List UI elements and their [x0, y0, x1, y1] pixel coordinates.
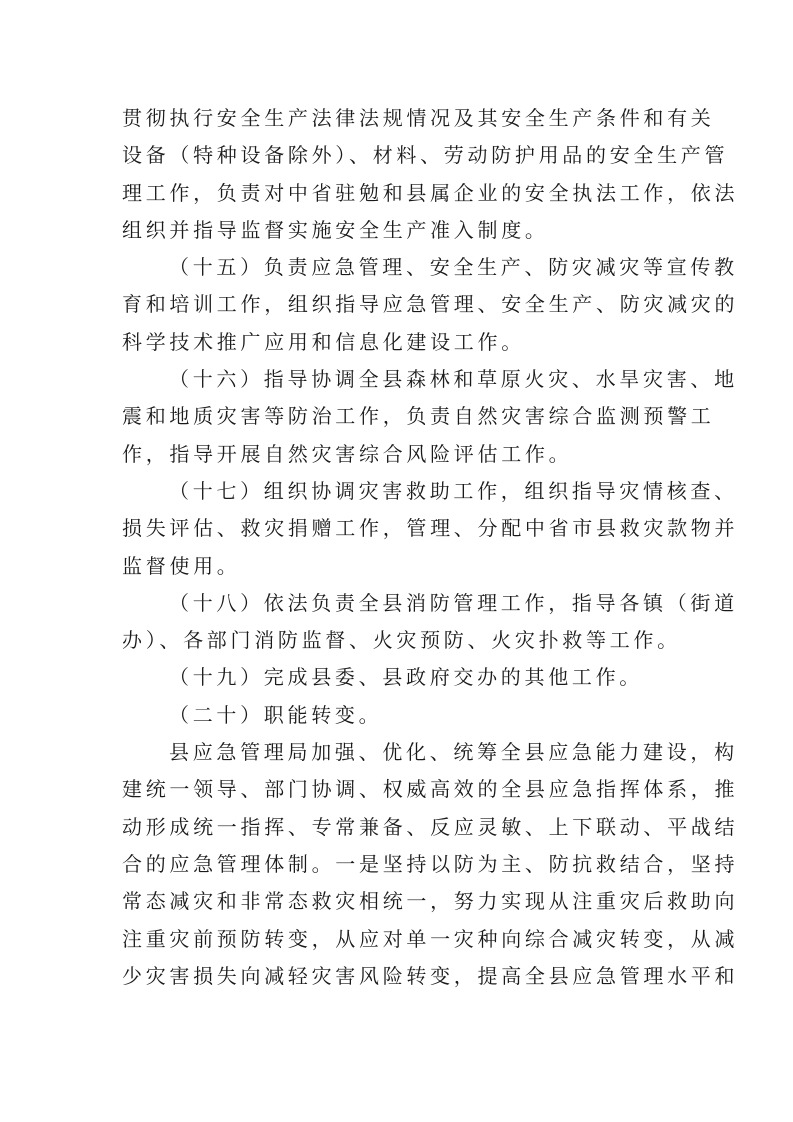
paragraph-item-18: （十八）依法负责全县消防管理工作，指导各镇（街道: [122, 585, 674, 622]
text-line: 理工作，负责对中省驻勉和县属企业的安全执法工作，依法: [122, 175, 674, 212]
text-line: 损失评估、救灾捐赠工作，管理、分配中省市县救灾款物并: [122, 510, 674, 547]
text-line: 作，指导开展自然灾害综合风险评估工作。: [122, 436, 674, 473]
paragraph-item-20: （二十）职能转变。: [122, 697, 674, 734]
text-line: 育和培训工作，组织指导应急管理、安全生产、防灾减灾的: [122, 286, 674, 323]
paragraph-item-16: （十六）指导协调全县森林和草原火灾、水旱灾害、地: [122, 361, 674, 398]
text-line: 监督使用。: [122, 548, 674, 585]
text-line: 震和地质灾害等防治工作，负责自然灾害综合监测预警工: [122, 398, 674, 435]
text-line: 合的应急管理体制。一是坚持以防为主、防抗救结合，坚持: [122, 846, 674, 883]
text-line: 注重灾前预防转变，从应对单一灾种向综合减灾转变，从减: [122, 921, 674, 958]
paragraph-item-19: （十九）完成县委、县政府交办的其他工作。: [122, 659, 674, 696]
paragraph-function-change: 县应急管理局加强、优化、统筹全县应急能力建设，构: [122, 734, 674, 771]
text-line: 动形成统一指挥、专常兼备、反应灵敏、上下联动、平战结: [122, 809, 674, 846]
text-line: 办）、各部门消防监督、火灾预防、火灾扑救等工作。: [122, 622, 674, 659]
text-line: 少灾害损失向减轻灾害风险转变，提高全县应急管理水平和: [122, 958, 674, 995]
paragraph-item-17: （十七）组织协调灾害救助工作，组织指导灾情核查、: [122, 473, 674, 510]
document-body: 贯彻执行安全生产法律法规情况及其安全生产条件和有关 设备（特种设备除外）、材料、…: [122, 100, 674, 995]
document-page: 贯彻执行安全生产法律法规情况及其安全生产条件和有关 设备（特种设备除外）、材料、…: [0, 0, 793, 1122]
text-line: 贯彻执行安全生产法律法规情况及其安全生产条件和有关: [122, 100, 674, 137]
paragraph-item-15: （十五）负责应急管理、安全生产、防灾减灾等宣传教: [122, 249, 674, 286]
text-line: 科学技术推广应用和信息化建设工作。: [122, 324, 674, 361]
text-line: 建统一领导、部门协调、权威高效的全县应急指挥体系，推: [122, 771, 674, 808]
text-line: 组织并指导监督实施安全生产准入制度。: [122, 212, 674, 249]
text-line: 设备（特种设备除外）、材料、劳动防护用品的安全生产管: [122, 137, 674, 174]
text-line: 常态减灾和非常态救灾相统一，努力实现从注重灾后救助向: [122, 883, 674, 920]
